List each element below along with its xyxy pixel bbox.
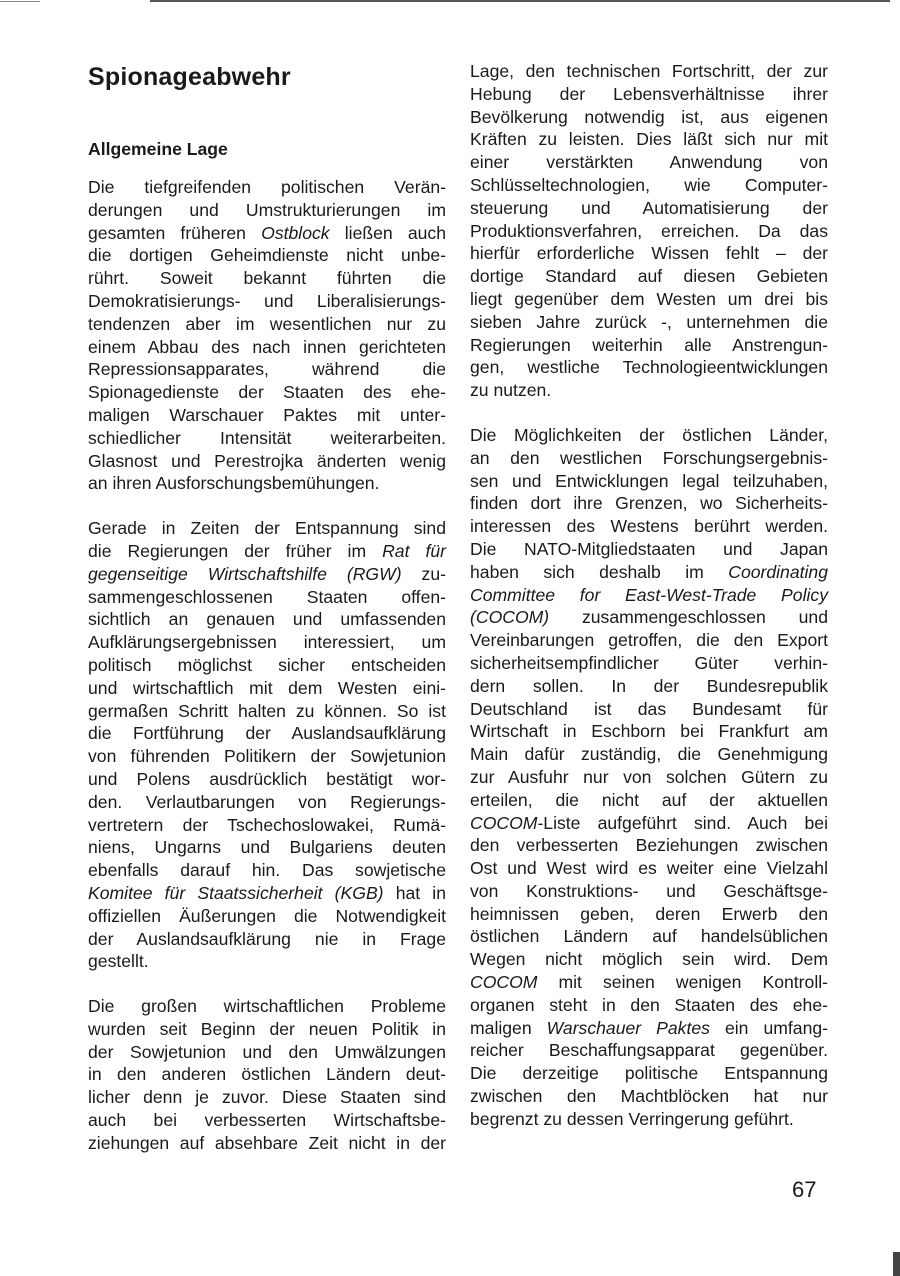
right-column: Lage, den technischen Fortschritt, der z… (470, 60, 828, 1153)
text-line: organen steht in den Staaten des ehe- (470, 994, 828, 1017)
text-line: politisch möglichst sicher entscheiden (88, 654, 446, 677)
text-line: erteilen, die nicht auf der aktuellen (470, 789, 828, 812)
text-line: sichtlich an genauen und umfassenden (88, 608, 446, 631)
paragraph: Gerade in Zeiten der Entspannung sinddie… (88, 517, 446, 973)
text-line: Wegen nicht möglich sein wird. Dem (470, 948, 828, 971)
text-line: maligen Warschauer Paktes mit unter- (88, 404, 446, 427)
text-line: Vereinbarungen getroffen, die den Export (470, 629, 828, 652)
text-line: den. Verlautbarungen von Regierungs- (88, 791, 446, 814)
text-line: hierfür erforderliche Wissen fehlt – der (470, 242, 828, 265)
text-line: ziehungen auf absehbare Zeit nicht in de… (88, 1132, 446, 1155)
text-line: gesamten früheren Ostblock ließen auch (88, 222, 446, 245)
text-line: Produktionsverfahren, erreichen. Da das (470, 220, 828, 243)
text-line: reicher Beschaffungsapparat gegenüber. (470, 1039, 828, 1062)
scan-edge-mark (893, 1252, 900, 1276)
paragraph: Die tiefgreifenden politischen Verän-der… (88, 176, 446, 495)
text-line: germaßen Schritt halten zu können. So is… (88, 700, 446, 723)
text-line: tendenzen aber im wesentlichen nur zu (88, 313, 446, 336)
text-line: Hebung der Lebensverhältnisse ihrer (470, 83, 828, 106)
text-line: Regierungen weiterhin alle Anstrengun- (470, 334, 828, 357)
section-heading: Allgemeine Lage (88, 138, 446, 160)
text-line: Die NATO-Mitgliedstaaten und Japan (470, 538, 828, 561)
text-line: niens, Ungarns und Bulgariens deuten (88, 836, 446, 859)
top-border-rule (150, 0, 890, 2)
text-line: Die tiefgreifenden politischen Verän- (88, 176, 446, 199)
text-line: Kräften zu leisten. Dies läßt sich nur m… (470, 128, 828, 151)
text-line: den verbesserten Beziehungen zwischen (470, 834, 828, 857)
top-left-scan-mark (0, 1, 40, 2)
text-line: Committee for East-West-Trade Policy (470, 584, 828, 607)
text-line: maligen Warschauer Paktes ein umfang- (470, 1017, 828, 1040)
text-line: haben sich deshalb im Coordinating (470, 561, 828, 584)
text-line: licher denn je zuvor. Diese Staaten sind (88, 1086, 446, 1109)
text-line: zu nutzen. (470, 379, 828, 402)
text-line: von Konstruktions- und Geschäftsge- (470, 880, 828, 903)
text-line: vertretern der Tschechoslowakei, Rumä- (88, 814, 446, 837)
paragraph: Die Möglichkeiten der östlichen Länder,a… (470, 424, 828, 1131)
page-number: 67 (792, 1177, 816, 1203)
text-line: finden dort ihre Grenzen, wo Sicherheits… (470, 492, 828, 515)
text-line: interessen des Westens berührt werden. (470, 515, 828, 538)
text-line: Ost und West wird es weiter eine Vielzah… (470, 857, 828, 880)
text-line: begrenzt zu dessen Verringerung geführt. (470, 1108, 828, 1131)
text-line: Komitee für Staatssicherheit (KGB) hat i… (88, 882, 446, 905)
text-line: östlichen Ländern auf handelsüblichen (470, 925, 828, 948)
text-line: Aufklärungsergebnissen interessiert, um (88, 631, 446, 654)
text-line: Die großen wirtschaftlichen Probleme (88, 995, 446, 1018)
page-title: Spionageabwehr (88, 62, 446, 92)
text-line: rührt. Soweit bekannt führten die (88, 267, 446, 290)
text-line: Bevölkerung notwendig ist, aus eigenen (470, 106, 828, 129)
text-line: dortige Standard auf diesen Gebieten (470, 265, 828, 288)
text-line: heimnissen geben, deren Erwerb den (470, 903, 828, 926)
left-column-paragraphs: Die tiefgreifenden politischen Verän-der… (88, 176, 446, 1155)
text-line: Schlüsseltechnologien, wie Computer- (470, 174, 828, 197)
text-line: Repressionsapparates, während die (88, 358, 446, 381)
text-line: gen, westliche Technologieentwicklungen (470, 356, 828, 379)
text-line: COCOM mit seinen wenigen Kontroll- (470, 971, 828, 994)
text-line: schiedlicher Intensität weiterarbeiten. (88, 427, 446, 450)
text-line: derungen und Umstrukturierungen im (88, 199, 446, 222)
text-line: wurden seit Beginn der neuen Politik in (88, 1018, 446, 1041)
text-line: (COCOM) zusammengeschlossen und (470, 606, 828, 629)
text-line: Die Möglichkeiten der östlichen Länder, (470, 424, 828, 447)
text-line: gestellt. (88, 950, 446, 973)
text-line: einer verstärkten Anwendung von (470, 151, 828, 174)
paragraph: Lage, den technischen Fortschritt, der z… (470, 60, 828, 402)
text-line: sen und Entwicklungen legal teilzuhaben, (470, 470, 828, 493)
text-line: dern sollen. In der Bundesrepublik (470, 675, 828, 698)
text-line: sammengeschlossenen Staaten offen- (88, 586, 446, 609)
text-line: der Sowjetunion und den Umwälzungen (88, 1041, 446, 1064)
text-line: die dortigen Geheimdienste nicht unbe- (88, 244, 446, 267)
text-line: Demokratisierungs- und Liberalisierungs- (88, 290, 446, 313)
text-line: in den anderen östlichen Ländern deut- (88, 1063, 446, 1086)
text-line: und wirtschaftlich mit dem Westen eini- (88, 677, 446, 700)
right-column-paragraphs: Lage, den technischen Fortschritt, der z… (470, 60, 828, 1131)
text-line: Glasnost und Perestrojka änderten wenig (88, 450, 446, 473)
text-line: sicherheitsempfindlicher Güter verhin- (470, 652, 828, 675)
text-line: ebenfalls darauf hin. Das sowjetische (88, 859, 446, 882)
text-line: die Fortführung der Auslandsaufklärung (88, 722, 446, 745)
text-line: Deutschland ist das Bundesamt für (470, 698, 828, 721)
left-column: Spionageabwehr Allgemeine Lage Die tiefg… (88, 60, 446, 1177)
text-line: Main dafür zuständig, die Genehmigung (470, 743, 828, 766)
text-line: von führenden Politikern der Sowjetunion (88, 745, 446, 768)
text-line: einem Abbau des nach innen gerichteten (88, 336, 446, 359)
text-line: sieben Jahre zurück -, unternehmen die (470, 311, 828, 334)
text-line: die Regierungen der früher im Rat für (88, 540, 446, 563)
text-line: gegenseitige Wirtschaftshilfe (RGW) zu- (88, 563, 446, 586)
text-line: zwischen den Machtblöcken hat nur (470, 1085, 828, 1108)
text-line: zur Ausfuhr nur von solchen Gütern zu (470, 766, 828, 789)
text-line: an ihren Ausforschungsbemühungen. (88, 472, 446, 495)
text-line: offiziellen Äußerungen die Notwendigkeit (88, 905, 446, 928)
text-line: auch bei verbesserten Wirtschaftsbe- (88, 1109, 446, 1132)
text-line: Die derzeitige politische Entspannung (470, 1062, 828, 1085)
paragraph: Die großen wirtschaftlichen Problemewurd… (88, 995, 446, 1155)
text-line: an den westlichen Forschungsergebnis- (470, 447, 828, 470)
text-line: steuerung und Automatisierung der (470, 197, 828, 220)
text-line: der Auslandsaufklärung nie in Frage (88, 928, 446, 951)
text-line: Wirtschaft in Eschborn bei Frankfurt am (470, 720, 828, 743)
text-line: Lage, den technischen Fortschritt, der z… (470, 60, 828, 83)
text-line: Spionagedienste der Staaten des ehe- (88, 381, 446, 404)
text-line: Gerade in Zeiten der Entspannung sind (88, 517, 446, 540)
text-line: liegt gegenüber dem Westen um drei bis (470, 288, 828, 311)
text-line: COCOM-Liste aufgeführt sind. Auch bei (470, 812, 828, 835)
text-line: und Polens ausdrücklich bestätigt wor- (88, 768, 446, 791)
